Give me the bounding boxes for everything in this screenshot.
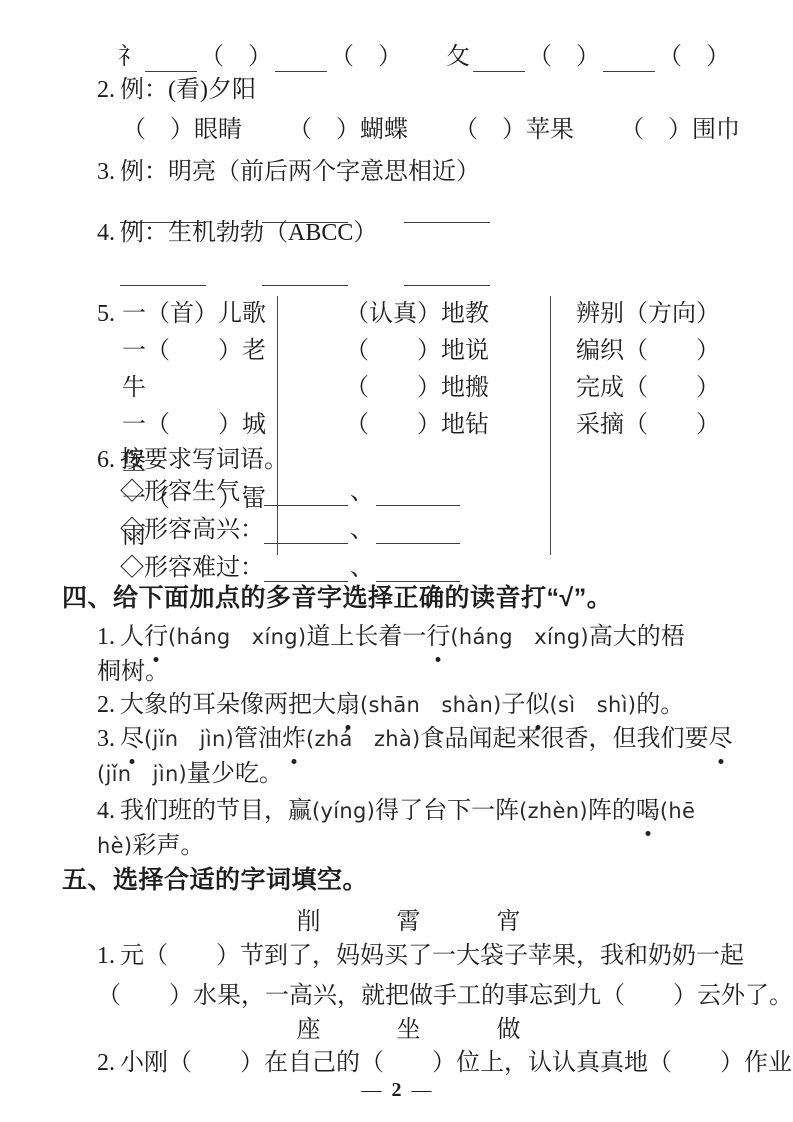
section-5-heading: 五、选择合适的字词填空。 — [62, 863, 368, 897]
answer-blank-line — [264, 485, 348, 506]
answer-blank-line — [603, 57, 655, 72]
question-item-2: 2.大象的耳朵像两把大扇(shān shàn)子似(sì shì)的。 — [97, 688, 684, 723]
answer-blank-line — [262, 263, 348, 286]
pinyin-text: (háng xíng) — [450, 625, 588, 649]
grid-cell: （ ）地钻 — [345, 407, 550, 444]
question-text: 元（ ）节到了，妈妈买了一大袋子苹果，我和奶奶一起（ ）水果，一高兴，就把做手工… — [97, 943, 793, 1009]
separator: 、 — [350, 517, 374, 543]
example-text: 例：明亮（前后两个字意思相近） — [120, 159, 480, 185]
item-number: 4. — [97, 794, 115, 829]
grid-cell: 一（首）儿歌 — [122, 296, 277, 333]
word: 蝴蝶 — [360, 117, 408, 143]
item-number: 2. — [97, 73, 115, 107]
pinyin-text: (zhèn) — [519, 799, 588, 823]
chinese-text: 高大的梧 — [589, 624, 685, 650]
grid-cell: 一（ ）老牛 — [122, 333, 277, 407]
answer-blank-line — [473, 57, 525, 72]
word-group: （ ）围巾 — [620, 113, 740, 147]
paren-blank: （ ） — [620, 117, 692, 143]
separator: 、 — [350, 555, 374, 581]
choice-char: 霄 — [397, 905, 421, 939]
pinyin-text: (jǐn jìn) — [144, 727, 234, 751]
choice-char: 座 — [297, 1013, 321, 1047]
answer-blank-line — [376, 523, 460, 544]
answer-blank-line — [404, 263, 490, 286]
item-4-example: 4.例：生机勃勃（ABCC） — [97, 216, 377, 250]
word: 苹果 — [526, 117, 574, 143]
item-3-example: 3.例：明亮（前后两个字意思相近） — [97, 155, 480, 189]
paren-blank: （ ） — [330, 44, 402, 70]
item-number: 3. — [97, 155, 115, 189]
emphasized-char: 行 — [426, 620, 450, 655]
paren-blank: （ ） — [658, 44, 730, 70]
item-number: 1. — [97, 936, 115, 976]
question-text: 尽(jǐn jìn)管油炸(zhá zhà)食品闻起来很香，但我们要尽(jǐn … — [97, 726, 733, 787]
pinyin-text: (zhá zhà) — [306, 727, 421, 751]
grid-cell: （ ）地搬 — [345, 370, 550, 407]
radical-pu: 攵 — [446, 44, 470, 70]
item-number: 2. — [97, 1046, 115, 1081]
page-footer: —2— — [0, 1079, 793, 1101]
prompt-label: ◇形容高兴： — [120, 517, 264, 543]
instruction-text: 按要求写词语。 — [120, 447, 288, 473]
item-6-prompt-rows: ◇形容生气：、 ◇形容高兴：、 ◇形容难过：、 — [120, 473, 460, 587]
pinyin-text: (háng xíng) — [168, 625, 306, 649]
item-number: 3. — [97, 722, 115, 757]
radical-exercise-row: 礻（ ）（ ）攵（ ）（ ） — [118, 40, 730, 74]
chinese-text: 子 — [502, 692, 526, 718]
chinese-text: （ ）水果，一高兴，就把做手工的事忘到九（ ）云外了。 — [97, 983, 793, 1009]
item-number: 2. — [97, 688, 115, 723]
section-4-heading: 四、给下面加点的多音字选择正确的读音打“√”。 — [62, 581, 612, 615]
emphasized-char: 炸 — [282, 722, 306, 757]
chinese-text: 的。 — [636, 692, 684, 718]
grid-cell: 编织（ ） — [576, 333, 735, 370]
item-4-answer-blanks — [120, 263, 490, 286]
question-text: 我们班的节目，赢(yíng)得了台下一阵(zhèn)阵的喝(hēhè)彩声。 — [97, 798, 695, 859]
paren-blank: （ ） — [122, 117, 194, 143]
chinese-text: 彩声。 — [132, 833, 204, 859]
question-item-3: 3.尽(jǐn jìn)管油炸(zhá zhà)食品闻起来很香，但我们要尽(jǐ… — [97, 722, 733, 792]
question-item-1: 1.人行(háng xíng)道上长着一行(háng xíng)高大的梧桐树。 — [97, 620, 685, 690]
chinese-text: 量少吃。 — [187, 761, 283, 787]
grid-cell: （ ）地说 — [345, 333, 550, 370]
pinyin-text: (hē — [660, 799, 695, 823]
item-number: 1. — [97, 620, 115, 655]
answer-blank-line — [120, 263, 206, 286]
example-text: 例：(看)夕阳 — [120, 77, 256, 103]
answer-blank-line — [376, 561, 460, 582]
prompt-row: ◇形容高兴：、 — [120, 511, 460, 549]
choice-char: 宵 — [497, 905, 521, 939]
pinyin-text: hè) — [97, 834, 132, 858]
paren-blank: （ ） — [200, 44, 272, 70]
chinese-text: 得了台下一阵 — [375, 798, 519, 824]
page-number: 2 — [392, 1079, 402, 1101]
footer-dash: — — [412, 1079, 432, 1101]
worksheet-page: 礻（ ）（ ）攵（ ）（ ） 2.例：(看)夕阳 （ ）眼睛 （ ）蝴蝶 （ ）… — [0, 0, 793, 1122]
emphasized-char: 尽 — [120, 722, 144, 757]
question-text: 人行(háng xíng)道上长着一行(háng xíng)高大的梧桐树。 — [97, 624, 685, 685]
answer-blank-line — [376, 485, 460, 506]
separator: 、 — [350, 479, 374, 505]
item-number: 6. — [97, 443, 115, 477]
paren-blank: （ ） — [454, 117, 526, 143]
answer-blank-line — [264, 523, 348, 544]
grid-cell: （认真）地教 — [345, 296, 550, 333]
pinyin-text: (jǐn jìn) — [97, 762, 187, 786]
pinyin-text: (sì shì) — [550, 693, 637, 717]
chinese-text: 道上长着一 — [306, 624, 426, 650]
answer-blank-line — [275, 57, 327, 72]
emphasized-char: 喝 — [636, 794, 660, 829]
word-group: （ ）苹果 — [454, 113, 574, 147]
chinese-text: 管油 — [234, 726, 282, 752]
chinese-text: 阵的 — [588, 798, 636, 824]
word: 围巾 — [692, 117, 740, 143]
word-group: （ ）眼睛 — [122, 113, 242, 147]
choice-characters-row-2: 座 坐 做 — [12, 1013, 793, 1047]
emphasized-char: 行 — [144, 620, 168, 655]
chinese-text: 桐树。 — [97, 659, 169, 685]
item-number: 4. — [97, 216, 115, 250]
emphasized-char: 似 — [526, 688, 550, 723]
grid-cell: 完成（ ） — [576, 370, 735, 407]
chinese-text: 元（ ）节到了，妈妈买了一大袋子苹果，我和奶奶一起 — [120, 943, 744, 969]
answer-blank-line — [404, 200, 490, 223]
chinese-text: 小刚（ ）在自己的（ ）位上，认认真真地（ ）作业。 — [120, 1050, 793, 1076]
chinese-text: 我们班的节目，赢 — [120, 798, 312, 824]
paren-blank: （ ） — [528, 44, 600, 70]
question-text: 大象的耳朵像两把大扇(shān shàn)子似(sì shì)的。 — [120, 692, 684, 718]
prompt-label: ◇形容生气： — [120, 479, 264, 505]
chinese-text: 食品闻起来很香，但我们要 — [421, 726, 709, 752]
answer-blank-line — [145, 57, 197, 72]
choice-characters-row-1: 削 霄 宵 — [12, 905, 793, 939]
grid-cell: 采摘（ ） — [576, 407, 735, 444]
footer-dash: — — [362, 1079, 382, 1101]
chinese-text: 人 — [120, 624, 144, 650]
item-5-number: 5. — [97, 297, 120, 331]
prompt-label: ◇形容难过： — [120, 555, 264, 581]
emphasized-char: 扇 — [336, 688, 360, 723]
pinyin-text: (shān shàn) — [360, 693, 502, 717]
emphasized-char: 尽 — [709, 722, 733, 757]
pinyin-text: (yíng) — [312, 799, 375, 823]
prompt-row: ◇形容生气：、 — [120, 473, 460, 511]
fill-item-1: 1.元（ ）节到了，妈妈买了一大袋子苹果，我和奶奶一起（ ）水果，一高兴，就把做… — [97, 936, 793, 1016]
word-group: （ ）蝴蝶 — [288, 113, 408, 147]
choice-char: 做 — [497, 1013, 521, 1047]
item-6-title: 6.按要求写词语。 — [97, 443, 288, 477]
choice-char: 坐 — [397, 1013, 421, 1047]
paren-blank: （ ） — [288, 117, 360, 143]
answer-blank-line — [264, 561, 348, 582]
chinese-text: 大象的耳朵像两把大 — [120, 692, 336, 718]
question-text: 小刚（ ）在自己的（ ）位上，认认真真地（ ）作业。 — [120, 1050, 793, 1076]
radical-shi: 礻 — [118, 44, 142, 70]
choice-char: 削 — [297, 905, 321, 939]
example-text: 例：生机勃勃（ABCC） — [120, 220, 377, 246]
question-item-4: 4.我们班的节目，赢(yíng)得了台下一阵(zhèn)阵的喝(hēhè)彩声。 — [97, 794, 695, 864]
fill-item-2: 2.小刚（ ）在自己的（ ）位上，认认真真地（ ）作业。 — [97, 1046, 793, 1081]
item-2-example: 2.例：(看)夕阳 — [97, 73, 256, 107]
word: 眼睛 — [194, 117, 242, 143]
grid-cell: 辨别（方向） — [576, 296, 735, 333]
grid-column-3: 辨别（方向） 编织（ ） 完成（ ） 采摘（ ） — [550, 296, 735, 555]
item-2-word-groups: （ ）眼睛 （ ）蝴蝶 （ ）苹果 （ ）围巾 — [122, 113, 740, 147]
